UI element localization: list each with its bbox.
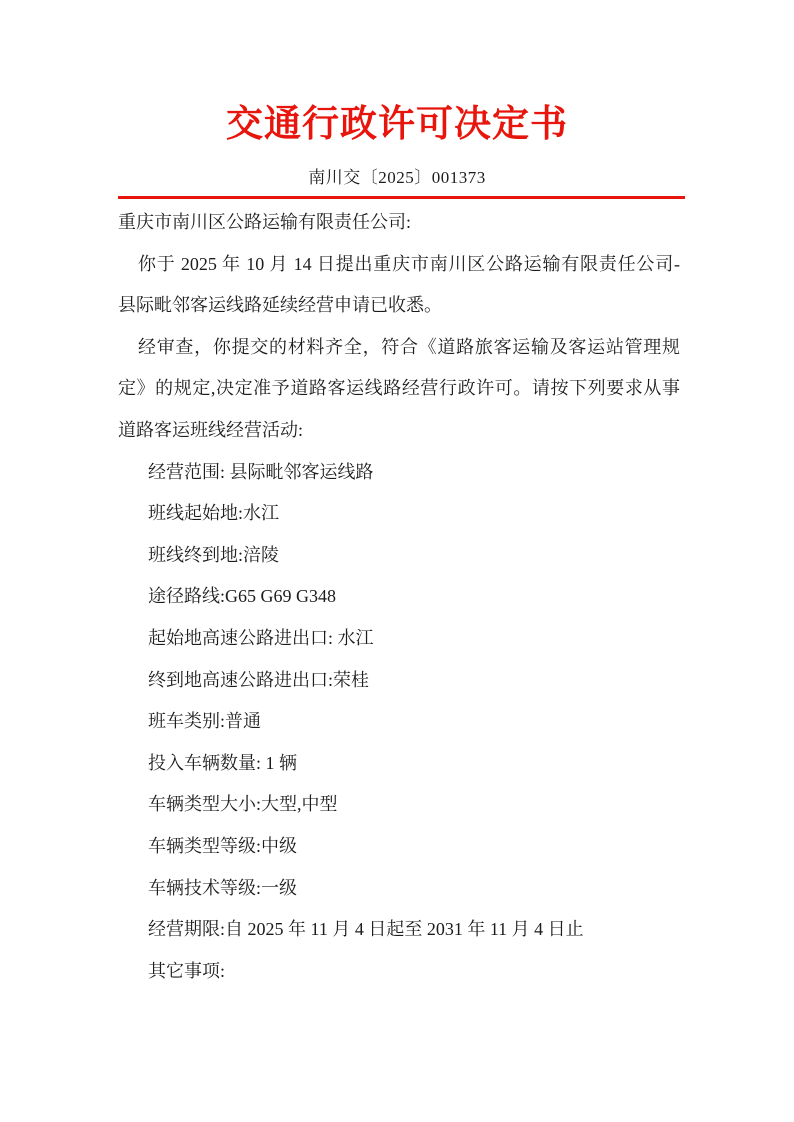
document-number: 南川交〔2025〕001373 bbox=[0, 167, 794, 189]
red-divider-rule bbox=[118, 196, 685, 199]
license-item-route-origin: 班线起始地:水江 bbox=[118, 493, 680, 535]
license-item-business-scope: 经营范围: 县际毗邻客运线路 bbox=[118, 452, 680, 494]
license-item-vehicle-size: 车辆类型大小:大型,中型 bbox=[118, 784, 680, 826]
document-title: 交通行政许可决定书 bbox=[0, 103, 794, 147]
license-item-bus-category: 班车类别:普通 bbox=[118, 701, 680, 743]
license-item-vehicle-count: 投入车辆数量: 1 辆 bbox=[118, 743, 680, 785]
document-page: 交通行政许可决定书 南川交〔2025〕001373 重庆市南川区公路运输有限责任… bbox=[0, 0, 794, 1122]
document-header: 交通行政许可决定书 南川交〔2025〕001373 bbox=[0, 0, 794, 189]
application-paragraph-line-1: 你于 2025 年 10 月 14 日提出重庆市南川区公路运输有限责任公司- bbox=[118, 244, 680, 286]
license-item-other-matters: 其它事项: bbox=[118, 951, 680, 993]
recipient-line: 重庆市南川区公路运输有限责任公司: bbox=[118, 202, 680, 244]
decision-paragraph-line-3: 道路客运班线经营活动: bbox=[118, 410, 680, 452]
license-item-route-destination: 班线终到地:涪陵 bbox=[118, 535, 680, 577]
license-item-operation-period: 经营期限:自 2025 年 11 月 4 日起至 2031 年 11 月 4 日… bbox=[118, 909, 680, 951]
application-paragraph-line-2: 县际毗邻客运线路延续经营申请已收悉。 bbox=[118, 285, 680, 327]
decision-paragraph-line-1: 经审查，你提交的材料齐全，符合《道路旅客运输及客运站管理规 bbox=[118, 327, 680, 369]
license-item-origin-highway-exit: 起始地高速公路进出口: 水江 bbox=[118, 618, 680, 660]
license-item-vehicle-technical-grade: 车辆技术等级:一级 bbox=[118, 868, 680, 910]
license-item-route-via: 途径路线:G65 G69 G348 bbox=[118, 576, 680, 618]
decision-paragraph-line-2: 定》的规定,决定准予道路客运线路经营行政许可。请按下列要求从事 bbox=[118, 368, 680, 410]
license-item-vehicle-class: 车辆类型等级:中级 bbox=[118, 826, 680, 868]
document-body: 重庆市南川区公路运输有限责任公司: 你于 2025 年 10 月 14 日提出重… bbox=[118, 202, 680, 992]
license-item-destination-highway-exit: 终到地高速公路进出口:荣桂 bbox=[118, 660, 680, 702]
